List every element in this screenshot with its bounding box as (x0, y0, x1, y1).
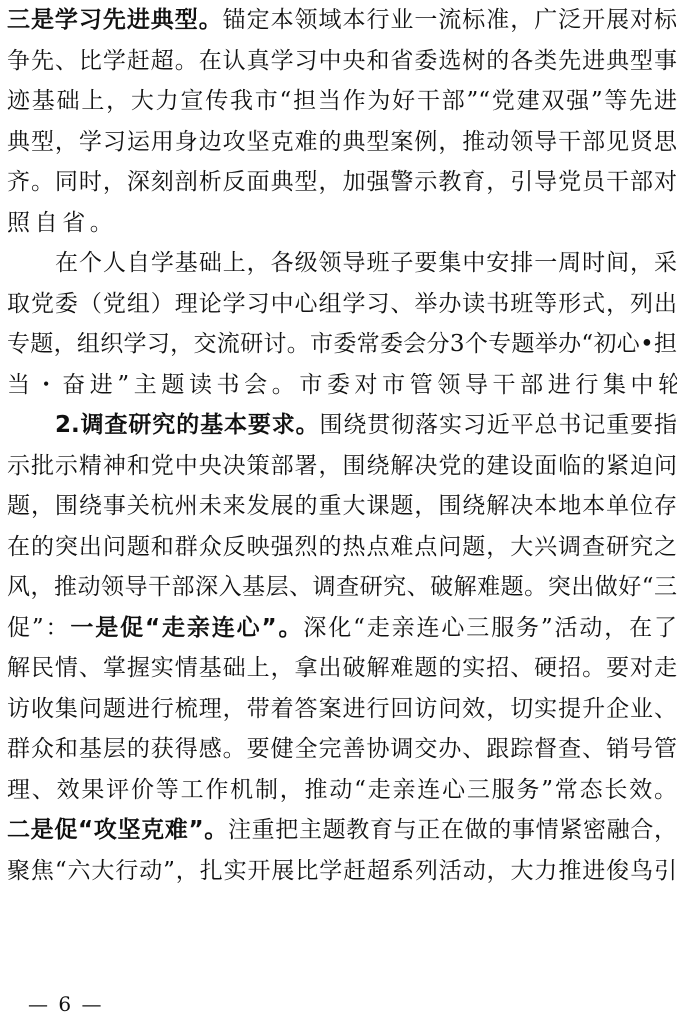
document-page: 三是学习先进典型。锚定本领域本行业一流标准，广泛开展对标 争先、比学赶超。在认真… (0, 0, 686, 1019)
line-text: 在个人自学基础上，各级领导班子要集中安排一周时间，采 (55, 250, 677, 276)
line-text: 深化“走亲连心三服务”活动，在了 (303, 615, 677, 641)
line-text: 注重把主题教育与正在做的事情紧密融合， (228, 817, 677, 843)
line-text: 解民情、掌握实情基础上，拿出破解难题的实招、硬招。要对走 (7, 655, 677, 681)
paragraph-line: 典型，学习运用身边攻坚克难的典型案例，推动领导干部见贤思 (7, 122, 677, 162)
line-text: 促”： (7, 615, 70, 641)
line-text: 取党委（党组）理论学习中心组学习、举办读书班等形式，列出 (7, 291, 677, 317)
paragraph-line: 理、效果评价等工作机制，推动“走亲连心三服务”常态长效。 (7, 770, 677, 810)
paragraph-line: 争先、比学赶超。在认真学习中央和省委选树的各类先进典型事 (7, 41, 677, 81)
paragraph-line: 迹基础上，大力宣传我市“担当作为好干部”“党建双强”等先进 (7, 81, 677, 121)
line-text: 访收集问题进行梳理，带着答案进行回访问效，切实提升企业、 (7, 696, 677, 722)
line-text: 理、效果评价等工作机制，推动“走亲连心三服务”常态长效。 (7, 777, 677, 803)
paragraph-line: 专题，组织学习，交流研讨。市委常委会分3个专题举办“初心•担 (7, 324, 677, 364)
line-text: 照自省。 (7, 210, 117, 236)
paragraph-line: 2.调查研究的基本要求。围绕贯彻落实习近平总书记重要指 (55, 405, 677, 445)
paragraph-line: 照自省。 (7, 203, 677, 243)
line-text: 风，推动领导干部深入基层、调查研究、破解难题。突出做好“三 (7, 574, 677, 600)
paragraph-line: 在个人自学基础上，各级领导班子要集中安排一周时间，采 (55, 243, 677, 283)
line-text: 典型，学习运用身边攻坚克难的典型案例，推动领导干部见贤思 (7, 129, 677, 155)
paragraph-line: 示批示精神和党中央决策部署，围绕解决党的建设面临的紧迫问 (7, 446, 677, 486)
page-number: — 6 — (28, 990, 103, 1018)
bold-heading: 2.调查研究的基本要求。 (55, 412, 320, 438)
paragraph-line: 群众和基层的获得感。要健全完善协调交办、跟踪督查、销号管 (7, 729, 677, 769)
paragraph-line: 取党委（党组）理论学习中心组学习、举办读书班等形式，列出 (7, 284, 677, 324)
paragraph-line: 齐。同时，深刻剖析反面典型，加强警示教育，引导党员干部对 (7, 162, 677, 202)
line-text: 在的突出问题和群众反映强烈的热点难点问题，大兴调查研究之 (7, 534, 677, 560)
line-text: 当・奋进”主题读书会。市委对市管领导干部进行集中轮训。 (7, 372, 677, 398)
line-text: 示批示精神和党中央决策部署，围绕解决党的建设面临的紧迫问 (7, 453, 677, 479)
line-text: 聚焦“六大行动”，扎实开展比学赶超系列活动，大力推进俊鸟引 (7, 858, 677, 884)
bold-heading: 三是学习先进典型。 (7, 7, 223, 33)
line-text: 争先、比学赶超。在认真学习中央和省委选树的各类先进典型事 (7, 48, 677, 74)
paragraph-line: 题，围绕事关杭州未来发展的重大课题，围绕解决本地本单位存 (7, 486, 677, 526)
paragraph-line: 三是学习先进典型。锚定本领域本行业一流标准，广泛开展对标 (7, 0, 677, 40)
line-text: 锚定本领域本行业一流标准，广泛开展对标 (223, 7, 677, 33)
paragraph-line: 解民情、掌握实情基础上，拿出破解难题的实招、硬招。要对走 (7, 648, 677, 688)
bold-heading: 二是促“攻坚克难”。 (7, 817, 228, 843)
line-text: 专题，组织学习，交流研讨。市委常委会分3个专题举办“初心•担 (7, 331, 677, 357)
bold-heading: 一是促“走亲连心”。 (70, 615, 303, 641)
line-text: 迹基础上，大力宣传我市“担当作为好干部”“党建双强”等先进 (7, 88, 677, 114)
line-text: 群众和基层的获得感。要健全完善协调交办、跟踪督查、销号管 (7, 736, 677, 762)
paragraph-line: 二是促“攻坚克难”。注重把主题教育与正在做的事情紧密融合， (7, 810, 677, 850)
paragraph-line: 促”：一是促“走亲连心”。深化“走亲连心三服务”活动，在了 (7, 608, 677, 648)
paragraph-line: 聚焦“六大行动”，扎实开展比学赶超系列活动，大力推进俊鸟引 (7, 851, 677, 891)
paragraph-line: 风，推动领导干部深入基层、调查研究、破解难题。突出做好“三 (7, 567, 677, 607)
paragraph-line: 在的突出问题和群众反映强烈的热点难点问题，大兴调查研究之 (7, 527, 677, 567)
paragraph-line: 当・奋进”主题读书会。市委对市管领导干部进行集中轮训。 (7, 365, 677, 405)
line-text: 围绕贯彻落实习近平总书记重要指 (320, 412, 677, 438)
paragraph-line: 访收集问题进行梳理，带着答案进行回访问效，切实提升企业、 (7, 689, 677, 729)
line-text: 题，围绕事关杭州未来发展的重大课题，围绕解决本地本单位存 (7, 493, 677, 519)
line-text: 齐。同时，深刻剖析反面典型，加强警示教育，引导党员干部对 (7, 169, 677, 195)
